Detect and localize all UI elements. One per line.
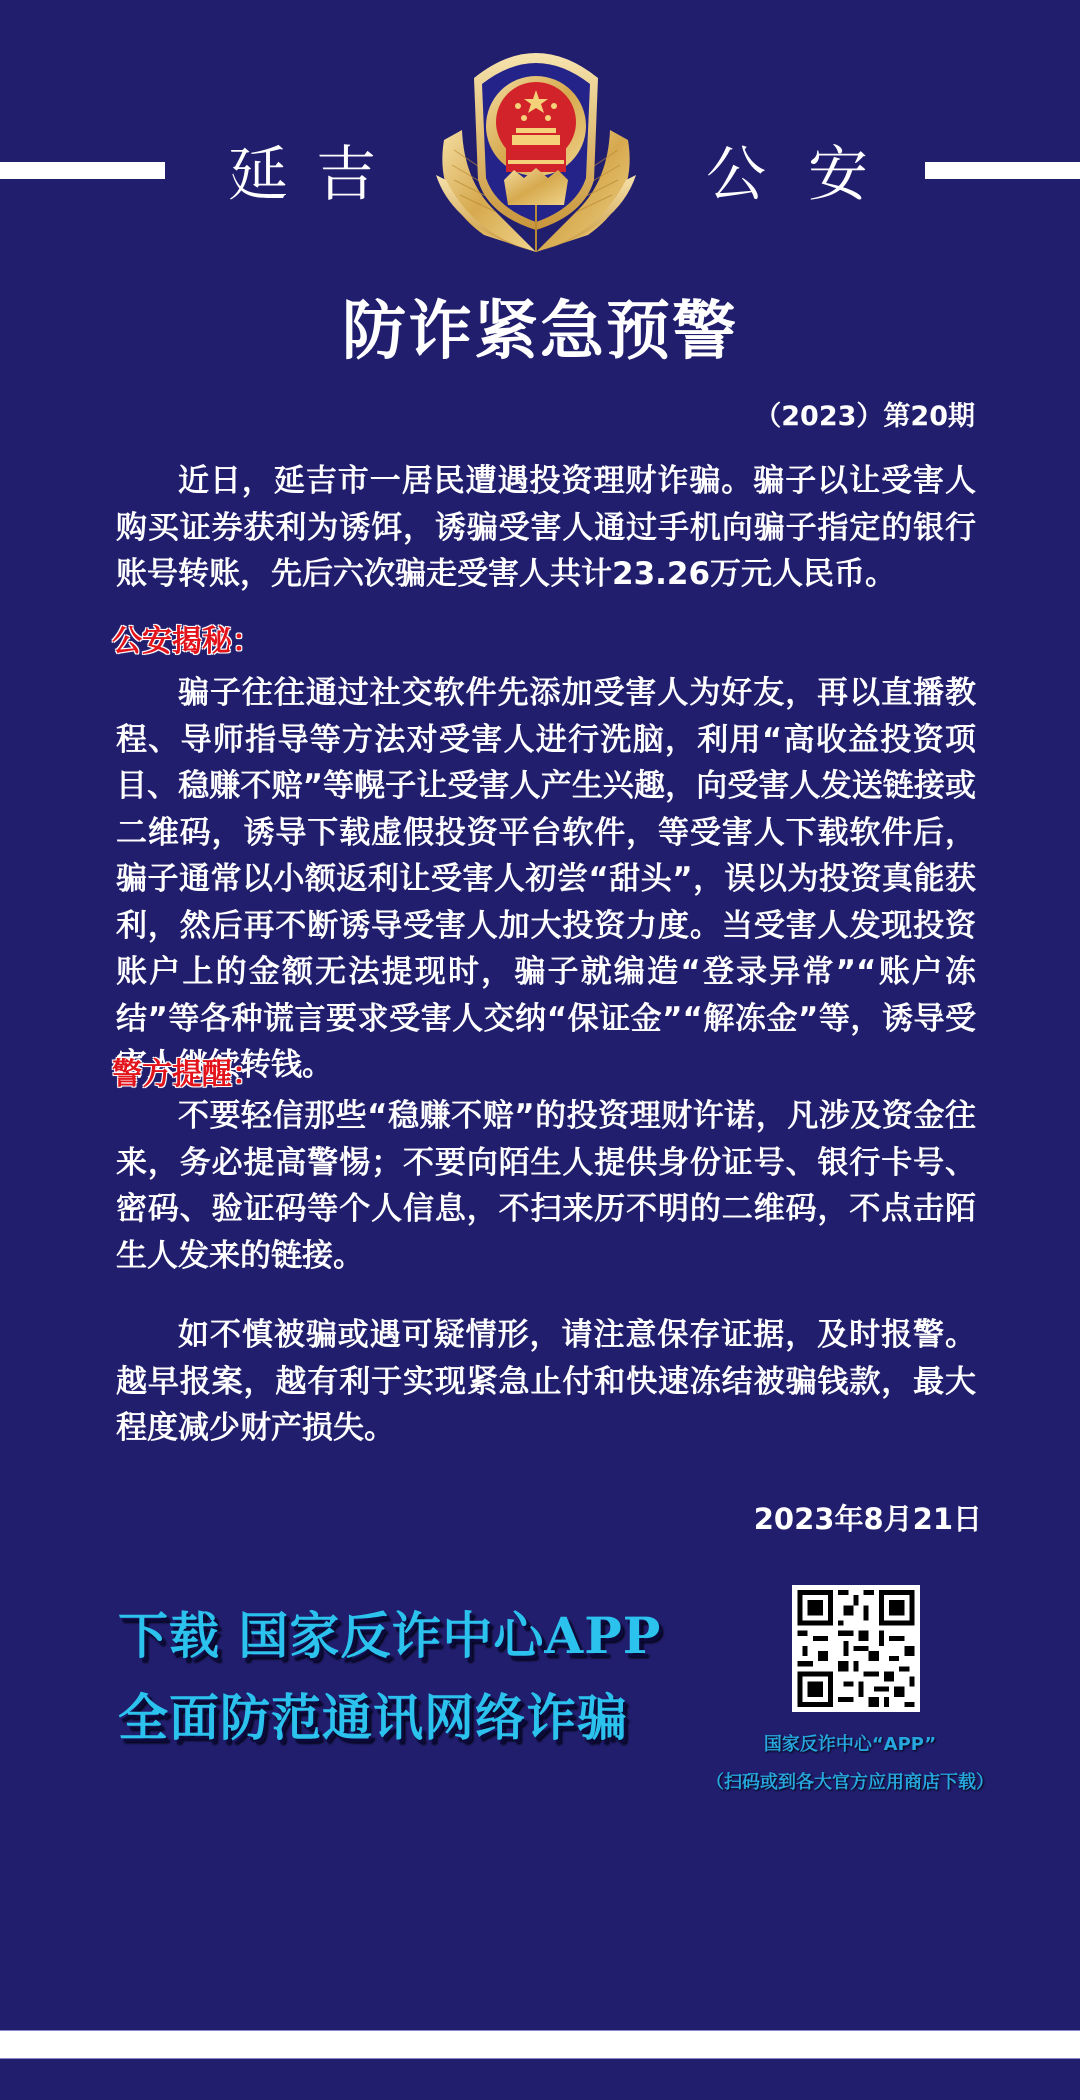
qr-subcaption: （扫码或到各大官方应用商店下载） bbox=[680, 1770, 1020, 1796]
footer-bar bbox=[0, 2030, 1080, 2059]
publish-date: 2023年8月21日 bbox=[754, 1500, 982, 1538]
page-title: 防诈紧急预警 bbox=[0, 292, 1080, 372]
brand-char-an: 安 bbox=[808, 140, 868, 210]
closing-paragraph: 如不慎被骗或遇可疑情形，请注意保存证据，及时报警。越早报案，越有利于实现紧急止付… bbox=[116, 1312, 976, 1452]
qr-caption: 国家反诈中心“APP” bbox=[680, 1732, 1020, 1758]
promo-slogan-prevent: 全面防范通讯网络诈骗 bbox=[118, 1686, 628, 1750]
brand-char-ji: 吉 bbox=[316, 140, 376, 210]
promo-slogan-download: 下载 国家反诈中心APP bbox=[118, 1604, 661, 1668]
section-body-police-reveal: 骗子往往通过社交软件先添加受害人为好友，再以直播教程、导师指导等方法对受害人进行… bbox=[116, 670, 976, 1089]
header-bar-left bbox=[0, 162, 165, 179]
intro-paragraph: 近日，延吉市一居民遭遇投资理财诈骗。骗子以让受害人购买证券获利为诱饵，诱骗受害人… bbox=[116, 458, 976, 598]
qr-code-icon[interactable] bbox=[792, 1585, 920, 1712]
brand-char-gong: 公 bbox=[706, 140, 766, 210]
brand-char-yan: 延 bbox=[228, 140, 288, 210]
section-heading-police-reveal: 公安揭秘： bbox=[112, 622, 262, 662]
header-bar-right bbox=[925, 162, 1080, 179]
section-heading-police-reminder: 警方提醒： bbox=[112, 1055, 262, 1095]
issue-number: （2023）第20期 bbox=[754, 399, 975, 435]
police-emblem-icon bbox=[424, 30, 648, 256]
section-body-police-reminder: 不要轻信那些“稳赚不赔”的投资理财许诺，凡涉及资金往来，务必提高警惕；不要向陌生… bbox=[116, 1093, 976, 1279]
